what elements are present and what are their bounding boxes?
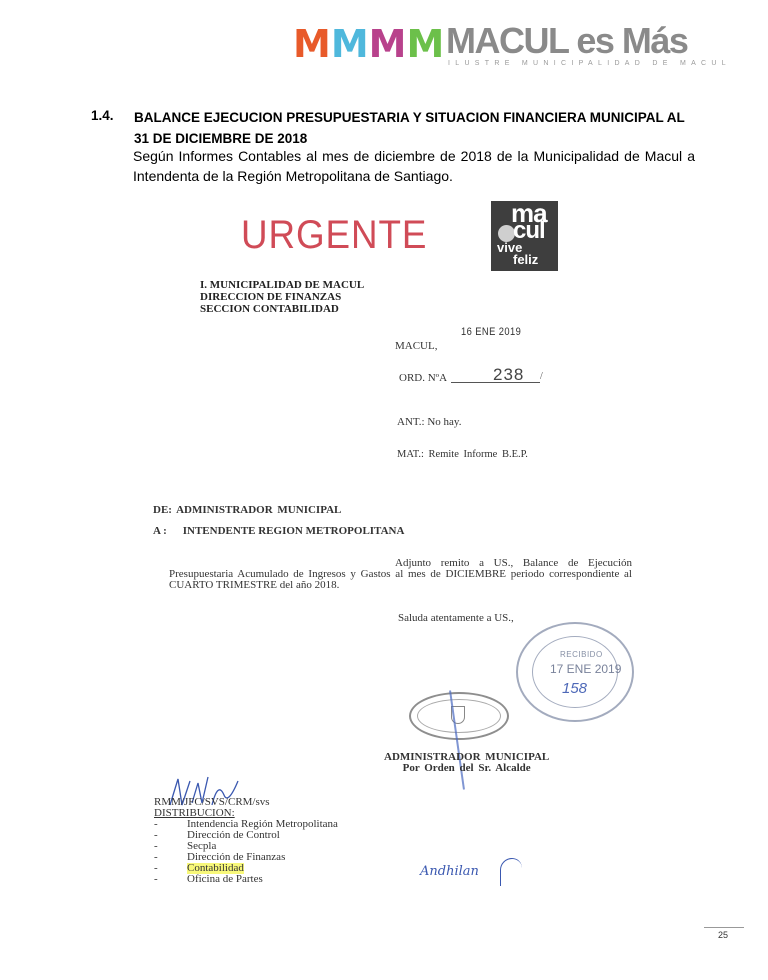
macul-vive-feliz-logo: ma cul vive feliz bbox=[491, 201, 558, 271]
section-title: BALANCE EJECUCION PRESUPUESTARIA Y SITUA… bbox=[134, 107, 694, 149]
received-label: RECIBIDO bbox=[560, 650, 603, 659]
signatory-subtitle: Por Orden del Sr. Alcalde bbox=[384, 763, 549, 774]
received-stamp: RECIBIDO 17 ENE 2019 158 bbox=[516, 622, 634, 722]
distribution-item: -Dirección de Control bbox=[154, 830, 338, 841]
matter: MAT.: Remite Informe B.E.P. bbox=[397, 449, 528, 460]
header-logo: M M M M MACUL es Más ILUSTRE MUNICIPALID… bbox=[293, 22, 673, 67]
org-line: DIRECCION DE FINANZAS bbox=[200, 291, 364, 303]
ord-number: 238 bbox=[493, 365, 524, 385]
signature-flourish bbox=[500, 858, 522, 886]
to-line: A : INTENDENTE REGION METROPOLITANA bbox=[153, 525, 404, 537]
brand-name: MACUL es Más bbox=[446, 22, 687, 60]
from-label: DE: bbox=[153, 504, 172, 516]
brand-tagline: ILUSTRE MUNICIPALIDAD DE MACUL bbox=[448, 60, 731, 67]
footer-rule bbox=[704, 927, 744, 928]
org-line: SECCION CONTABILIDAD bbox=[200, 303, 364, 315]
distribution-item: -Dirección de Finanzas bbox=[154, 852, 338, 863]
handwritten-signature: Andhilan bbox=[420, 864, 479, 879]
logo-m-3: M bbox=[369, 24, 406, 64]
distribution-list: -Intendencia Región Metropolitana -Direc… bbox=[154, 819, 338, 885]
section-number: 1.4. bbox=[91, 108, 114, 123]
distribution-item: -Oficina de Partes bbox=[154, 874, 338, 885]
section-body: Según Informes Contables al mes de dicie… bbox=[133, 146, 695, 186]
to-label: A : bbox=[153, 525, 180, 537]
logo-text-cul: cul bbox=[513, 220, 545, 242]
received-date: 17 ENE 2019 bbox=[550, 662, 621, 676]
municipal-seal bbox=[409, 692, 509, 740]
issuing-organization: I. MUNICIPALIDAD DE MACUL DIRECCION DE F… bbox=[200, 279, 364, 315]
from-line: DE: ADMINISTRADOR MUNICIPAL bbox=[153, 504, 341, 516]
logo-m-2: M bbox=[331, 24, 368, 64]
closing: Saluda atentamente a US., bbox=[398, 612, 514, 624]
letter-body: Adjunto remito a US., Balance de Ejecuci… bbox=[169, 558, 632, 591]
urgent-stamp: URGENTE bbox=[241, 213, 427, 257]
date-stamp: 16 ENE 2019 bbox=[461, 326, 521, 338]
to-value: INTENDENTE REGION METROPOLITANA bbox=[183, 525, 405, 537]
org-line: I. MUNICIPALIDAD DE MACUL bbox=[200, 279, 364, 291]
logo-m-4: M bbox=[406, 24, 443, 64]
ord-label: ORD. NºA bbox=[399, 372, 447, 384]
page-number: 25 bbox=[718, 930, 728, 940]
logo-m-1: M bbox=[293, 24, 330, 64]
antecedent: ANT.: No hay. bbox=[397, 416, 461, 428]
received-number: 158 bbox=[562, 680, 587, 697]
place: MACUL, bbox=[395, 340, 437, 352]
from-value: ADMINISTRADOR MUNICIPAL bbox=[176, 504, 341, 516]
logo-text-feliz: feliz bbox=[513, 253, 538, 266]
signatory-block: ADMINISTRADOR MUNICIPAL Por Orden del Sr… bbox=[384, 752, 549, 774]
logo-mark: M M M M bbox=[293, 24, 443, 64]
ord-suffix: / bbox=[540, 371, 543, 382]
